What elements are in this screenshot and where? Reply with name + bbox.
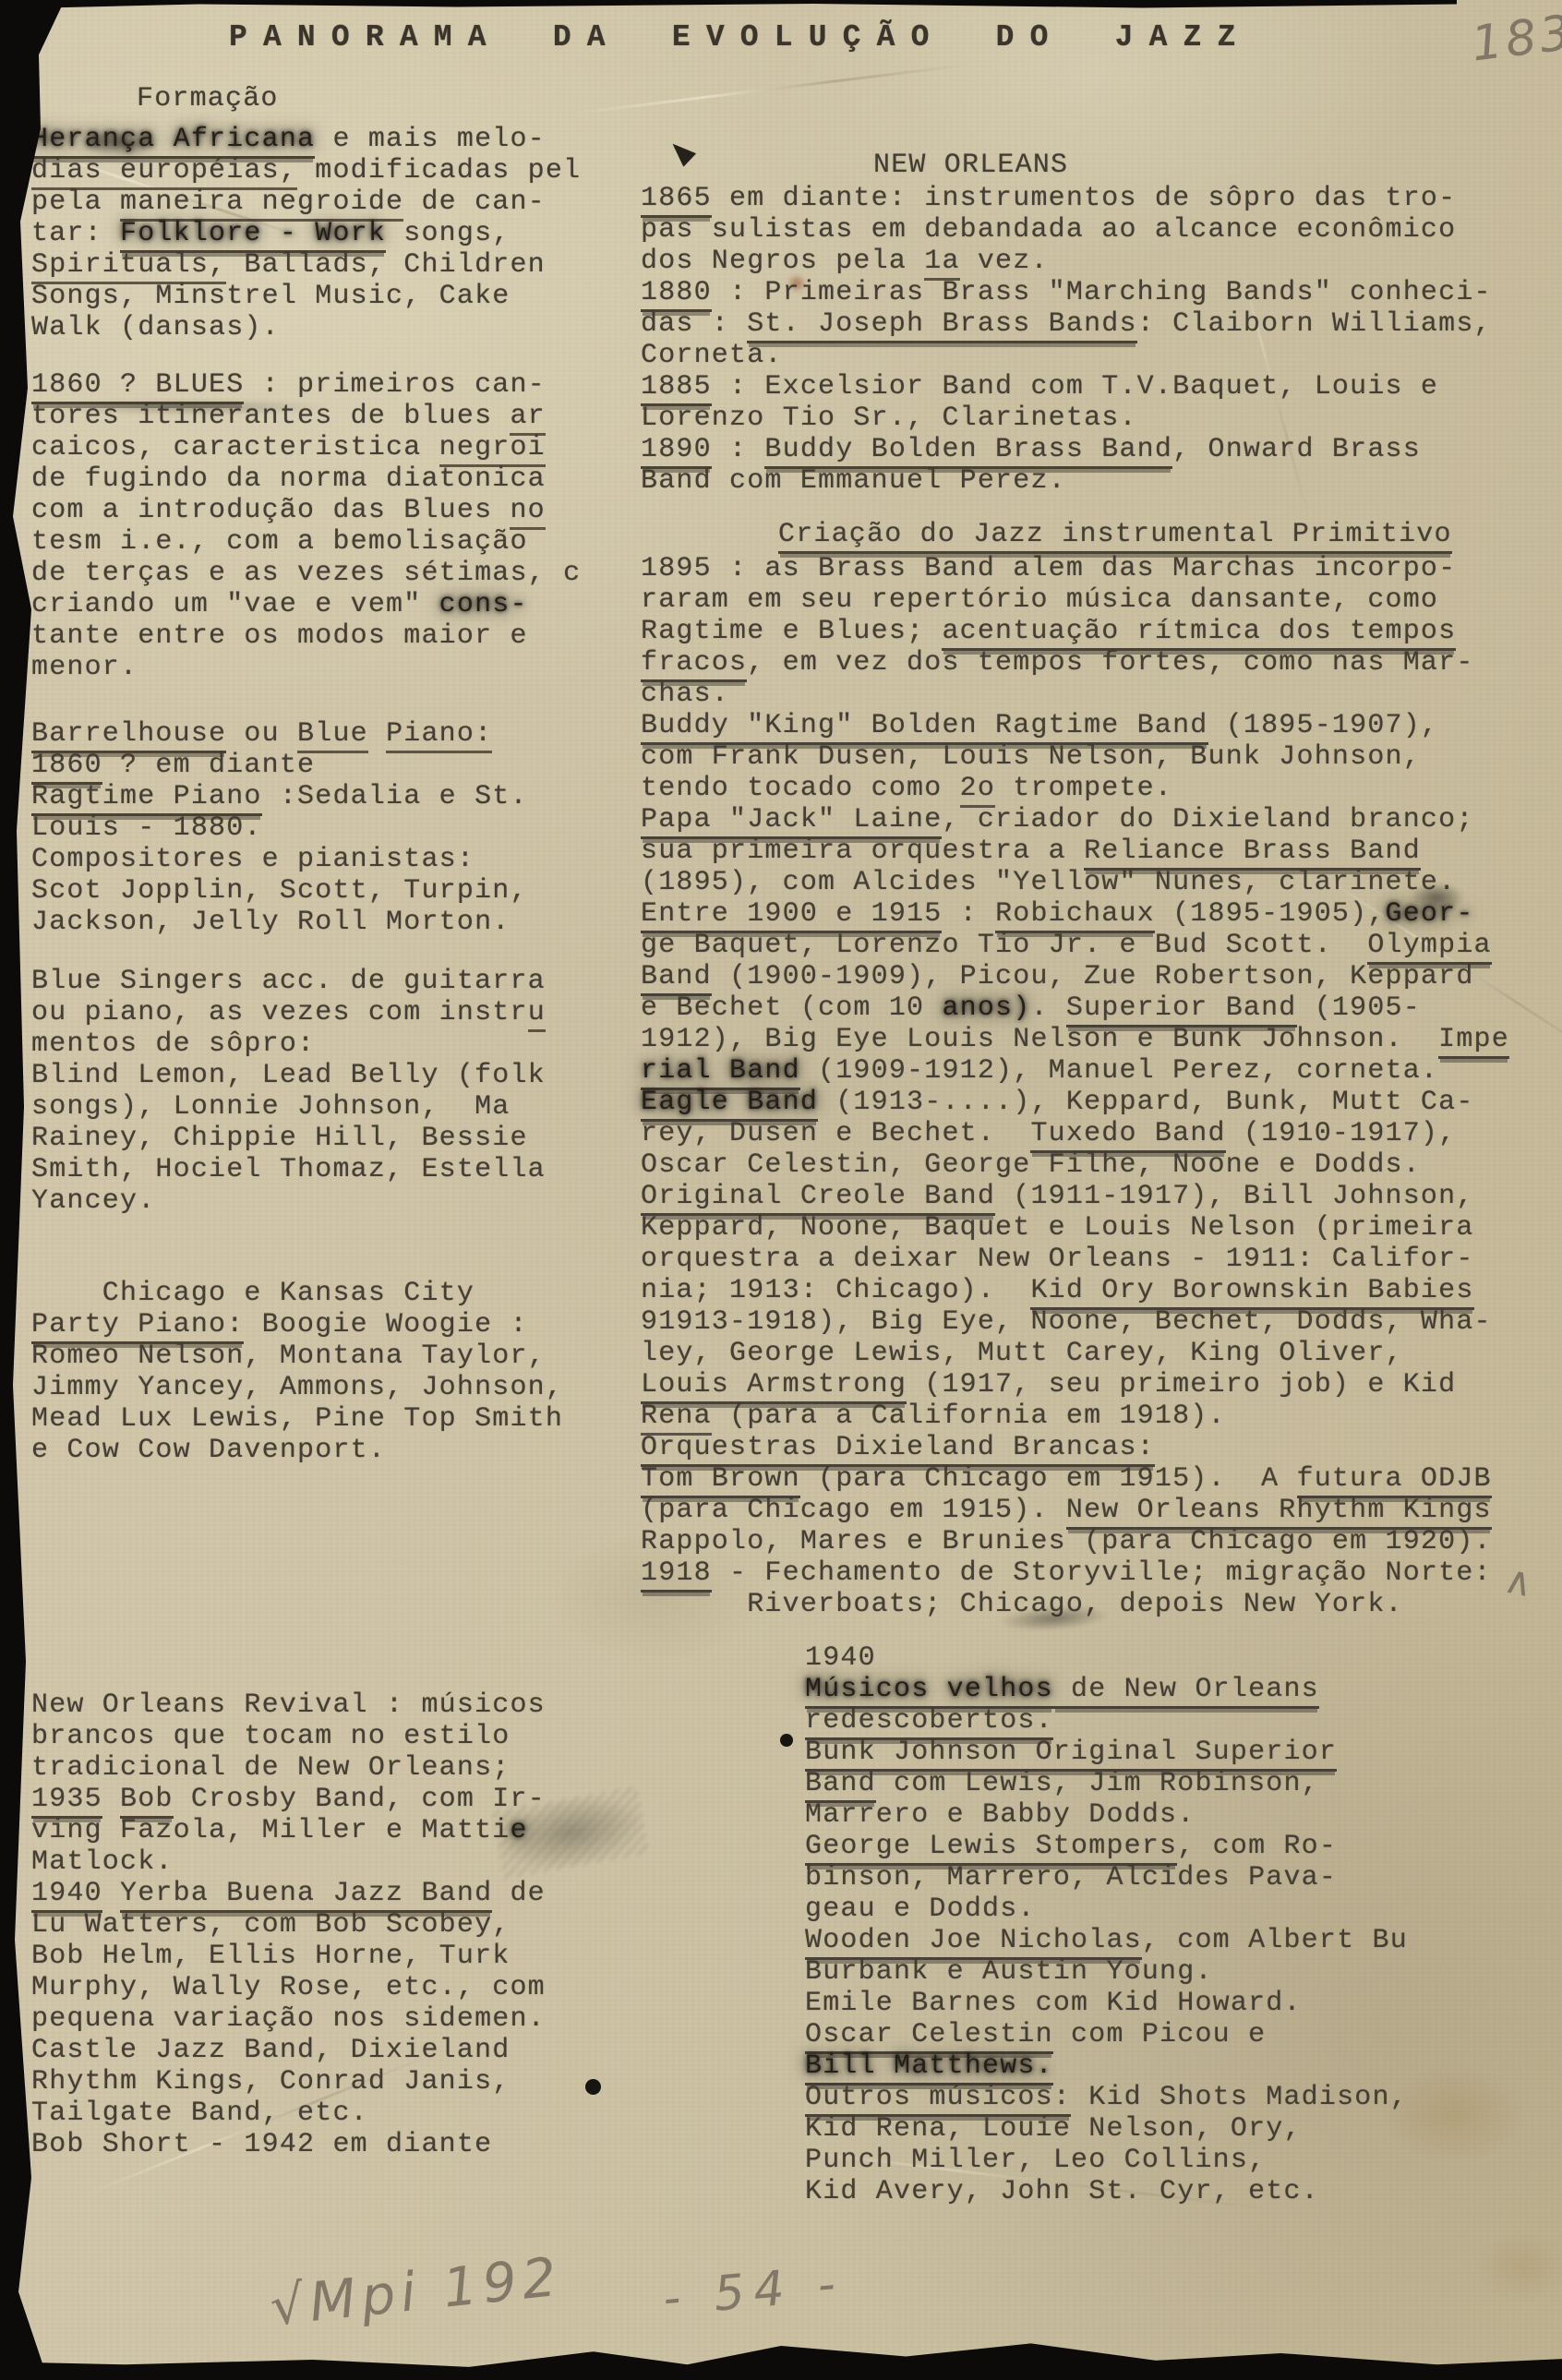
ink-smudge [48, 399, 334, 415]
section-heading-new-orleans: NEW ORLEANS [873, 150, 1068, 181]
handwritten-page-number-top: 183 [1469, 5, 1562, 72]
section-heading-formacao: Formação [137, 83, 279, 114]
paragraph-blues-1860: 1860 ? BLUES : primeiros can-tores itine… [31, 369, 581, 683]
paragraph-1940-musicos-velhos: 1940Músicos velhos de New Orleansredesco… [805, 1642, 1408, 2207]
ink-dot [585, 2079, 601, 2095]
paragraph-criacao-jazz-primitivo: 1895 : as Brass Band alem das Marchas in… [641, 553, 1509, 1620]
section-heading-criacao-jazz: Criação do Jazz instrumental Primitivo [778, 519, 1452, 550]
paragraph-barrelhouse-ragtime: Barrelhouse ou Blue Piano:1860 ? em dian… [31, 718, 528, 938]
scanned-document-page: PANORAMA DA EVOLUÇÃO DO JAZZ Formação He… [0, 0, 1562, 2380]
ink-bullet-dot [780, 1734, 793, 1747]
paragraph-new-orleans-revival: New Orleans Revival : músicosbrancos que… [31, 1689, 546, 2160]
paragraph-new-orleans-timeline: 1865 em diante: instrumentos de sôpro da… [641, 183, 1492, 497]
page-title: PANORAMA DA EVOLUÇÃO DO JAZZ [229, 20, 1252, 54]
ink-smudge [1409, 883, 1464, 912]
ink-smudge [79, 129, 159, 157]
rust-stain [1477, 2234, 1562, 2299]
paragraph-chicago-kansas-city: Chicago e Kansas CityParty Piano: Boogie… [31, 1278, 563, 1466]
paragraph-blue-singers: Blue Singers acc. de guitarraou piano, a… [31, 966, 546, 1217]
